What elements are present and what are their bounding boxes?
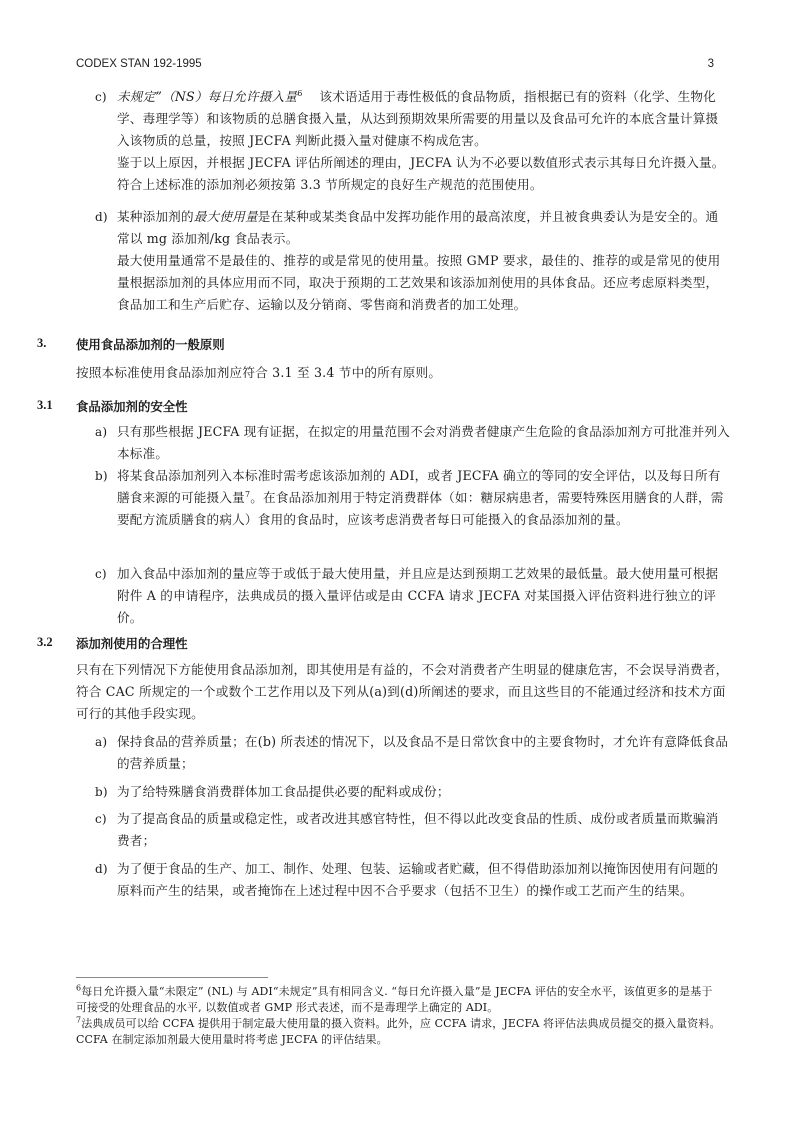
page-header: CODEX STAN 192-1995 3 (76, 58, 718, 74)
footnote-text: 每日允许摄入量“未限定” (NL) 与 ADI“未规定”具有相同含义. “每日允… (76, 985, 712, 1014)
list-item: 保持食品的营养质量；在(b) 所表述的情况下，以及食品不是日常饮食中的主要食物时… (117, 731, 731, 775)
list-label: a) (95, 421, 107, 443)
list-label: b) (95, 781, 108, 803)
footnote-separator (76, 977, 268, 978)
section-title: 使用食品添加剂的一般原则 (76, 335, 225, 353)
page-number: 3 (708, 58, 714, 70)
list-label: c) (95, 86, 107, 108)
list-label: a) (95, 731, 107, 753)
list-label: c) (95, 563, 107, 585)
list-label: c) (95, 808, 107, 830)
defined-term: 未规定”（NS）每日允许摄入量 (117, 89, 297, 104)
footnote-7: 7法典成员可以给 CCFA 提供用于制定最大使用量的摄入资料。此外，应 CCFA… (76, 1016, 722, 1047)
section-number: 3.2 (37, 635, 53, 650)
list-item: 将某食品添加剂列入本标准时需考虑该添加剂的 ADI，或者 JECFA 确立的等同… (117, 465, 731, 531)
document-id: CODEX STAN 192-1995 (76, 58, 202, 70)
definition-c-followup: 鉴于以上原因，并根据 JECFA 评估所阐述的理由，JECFA 认为不必要以数值… (117, 152, 731, 196)
list-item: 为了提高食品的质量或稳定性，或者改进其感官特性，但不得以此改变食品的性质、成份或… (117, 808, 731, 852)
list-label: b) (95, 465, 108, 487)
list-item: 为了便于食品的生产、加工、制作、处理、包装、运输或者贮藏，但不得借助添加剂以掩饰… (117, 858, 731, 902)
definition-d-followup: 最大使用量通常不是最佳的、推荐的或是常见的使用量。按照 GMP 要求，最佳的、推… (117, 250, 731, 316)
list-label: d) (95, 206, 108, 228)
footnote-text: 法典成员可以给 CCFA 提供用于制定最大使用量的摄入资料。此外，应 CCFA … (76, 1017, 721, 1046)
definition-d: 某种添加剂的最大使用量是在某种或某类食品中发挥功能作用的最高浓度，并且被食典委认… (117, 206, 731, 250)
section-title: 食品添加剂的安全性 (76, 397, 188, 415)
definition-c: 未规定”（NS）每日允许摄入量6 该术语适用于毒性极低的食品物质，指根据已有的资… (117, 86, 731, 152)
footnote-6: 6每日允许摄入量“未限定” (NL) 与 ADI“未规定”具有相同含义. “每日… (76, 984, 722, 1015)
section-intro: 按照本标准使用食品添加剂应符合 3.1 至 3.4 节中的所有原则。 (76, 362, 732, 384)
list-label: d) (95, 858, 108, 880)
definition-text: 某种添加剂的 (117, 209, 194, 224)
list-item: 为了给特殊膳食消费群体加工食品提供必要的配料或成份； (117, 781, 731, 803)
section-intro: 只有在下列情况下方能使用食品添加剂，即其使用是有益的，不会对消费者产生明显的健康… (76, 659, 732, 725)
list-item: 加入食品中添加剂的量应等于或低于最大使用量，并且应是达到预期工艺效果的最低量。最… (117, 563, 731, 629)
list-item: 只有那些根据 JECFA 现有证据，在拟定的用量范围不会对消费者健康产生危险的食… (117, 421, 731, 465)
defined-term: 最大使用量 (194, 209, 258, 224)
section-title: 添加剂使用的合理性 (76, 634, 188, 652)
footnote-ref[interactable]: 6 (297, 89, 302, 98)
section-number: 3.1 (37, 398, 53, 413)
section-number: 3. (37, 336, 46, 351)
